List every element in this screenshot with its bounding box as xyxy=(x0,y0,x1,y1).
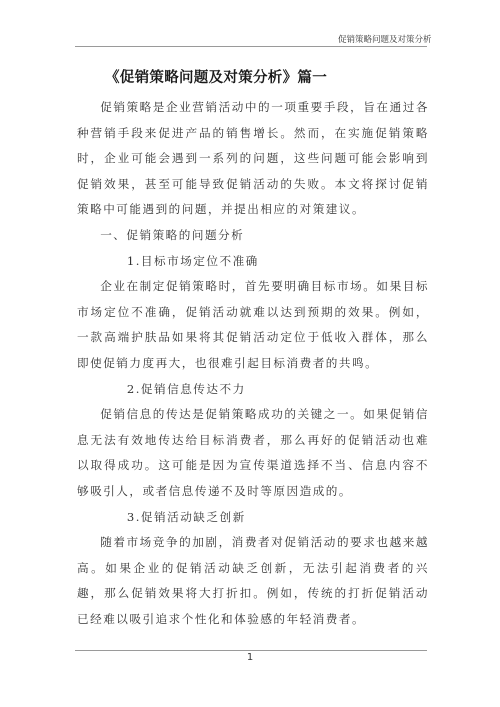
document-body: 促销策略是企业营销活动中的一项重要手段，旨在通过各种营销手段来促进产品的销售增长… xyxy=(77,95,429,632)
intro-paragraph: 促销策略是企业营销活动中的一项重要手段，旨在通过各种营销手段来促进产品的销售增长… xyxy=(77,95,429,223)
subsection-heading-1: 1.目标市场定位不准确 xyxy=(77,249,429,275)
section-heading: 一、促销策略的问题分析 xyxy=(77,223,429,249)
subsection-heading-2: 2.促销信息传达不力 xyxy=(77,377,429,403)
header-divider xyxy=(75,46,427,47)
footer-divider xyxy=(75,650,427,651)
running-header-title: 促销策略问题及对策分析 xyxy=(338,33,430,45)
subsection-heading-3: 3.促销活动缺乏创新 xyxy=(77,505,429,531)
document-title: 《促销策略问题及对策分析》篇一 xyxy=(105,66,327,87)
subsection-paragraph-1: 企业在制定促销策略时，首先要明确目标市场。如果目标市场定位不准确，促销活动就难以… xyxy=(77,274,429,376)
subsection-paragraph-2: 促销信息的传达是促销策略成功的关键之一。如果促销信息无法有效地传达给目标消费者，… xyxy=(77,402,429,504)
subsection-paragraph-3: 随着市场竞争的加剧，消费者对促销活动的要求也越来越高。如果企业的促销活动缺乏创新… xyxy=(77,530,429,632)
page-number: 1 xyxy=(240,652,260,663)
